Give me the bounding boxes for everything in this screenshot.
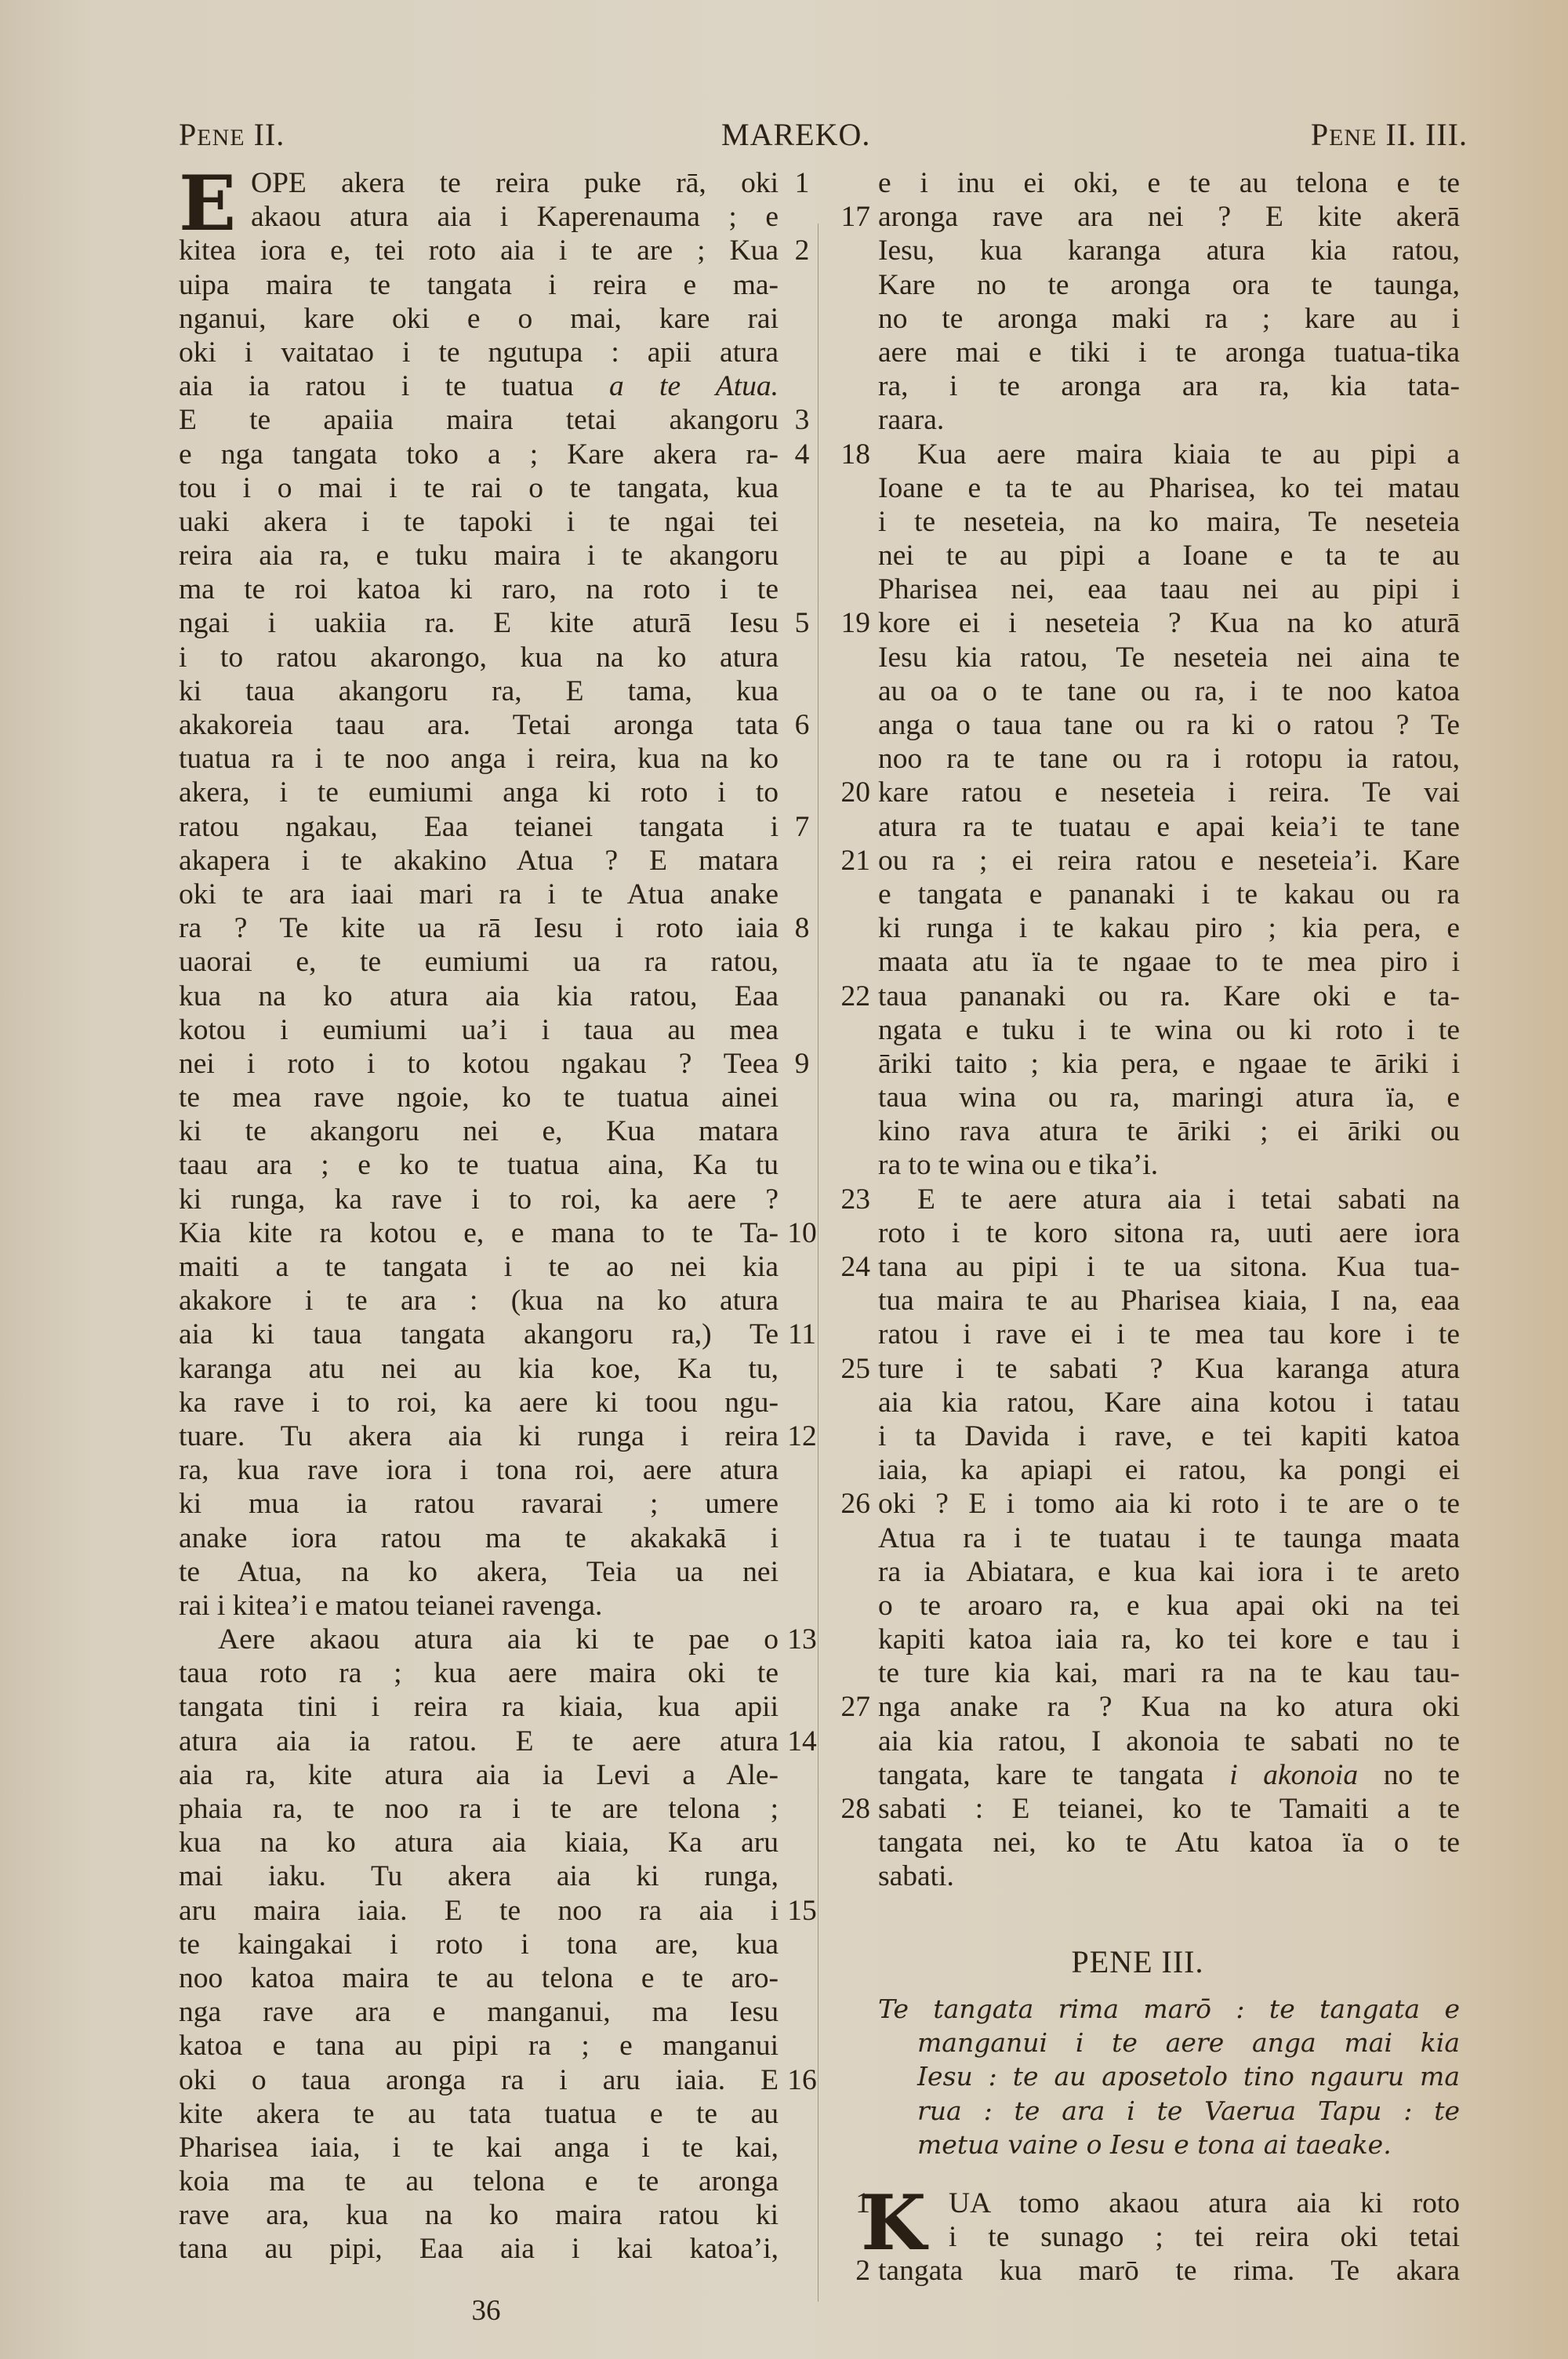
verse-text: tangata nei, ko te Atu katoa ïa o te — [878, 1826, 1460, 1859]
verse-text: tuatua ra i te noo anga i reira, kua na … — [179, 742, 779, 776]
verse-text: ou ra ; ei reira ratou e neseteia’i. Kar… — [878, 844, 1460, 878]
text-line: te kaingakai i roto i tona are, kua — [179, 1928, 798, 1961]
text-line: tou i o mai i te rai o te tangata, kua — [179, 471, 798, 505]
verse-text: E te aere atura aia i tetai sabati na — [878, 1183, 1460, 1216]
verse-text: uaorai e, te eumiumi ua ra ratou, — [179, 945, 779, 979]
text-line: e i inu ei oki, e te au telona e te — [815, 166, 1460, 200]
verse-number: 15 — [782, 1894, 822, 1928]
verse-text: nei i roto i to kotou ngakau ? Teea — [179, 1047, 779, 1081]
text-line: tangata kua marō te rima. Te akara2 — [815, 2254, 1460, 2288]
running-head-left: PENE II. — [179, 116, 285, 155]
verse-text: i te neseteia, na ko maira, Te neseteia — [878, 505, 1460, 539]
text-line: ngai i uakiia ra. E kite aturā Iesu5 — [179, 606, 798, 640]
text-line: ki runga i te kakau piro ; kia pera, e — [815, 911, 1460, 945]
text-line: kore ei i neseteia ? Kua na ko aturā19 — [815, 606, 1460, 640]
text-line: ki te akangoru nei e, Kua matara — [179, 1114, 798, 1148]
verse-number: 18 — [815, 438, 870, 471]
text-line: atura aia ia ratou. E te aere atura14 — [179, 1725, 798, 1758]
chapter-3-text: UA tomo akaou atura aia ki roto1i te sun… — [815, 2186, 1460, 2288]
verse-text: aia ra, kite atura aia ia Levi a Ale- — [179, 1758, 779, 1792]
verse-text: au oa o te tane ou ra, i te noo katoa — [878, 674, 1460, 708]
verse-text: sabati. — [878, 1859, 1460, 1893]
text-line: i te sunago ; tei reira oki tetai — [815, 2220, 1460, 2254]
text-line: anga o taua tane ou ra ki o ratou ? Te — [815, 708, 1460, 742]
text-line: kitea iora e, tei roto aia i te are ; Ku… — [179, 234, 798, 267]
verse-number: 26 — [815, 1487, 870, 1521]
verse-text: kite akera te au tata tuatua e te au — [179, 2097, 779, 2131]
text-line: ki runga, ka rave i to roi, ka aere ? — [179, 1183, 798, 1216]
verse-text: ture i te sabati ? Kua karanga atura — [878, 1352, 1460, 1386]
text-line: noo ra te tane ou ra i rotopu ia ratou, — [815, 742, 1460, 776]
verse-text: aru maira iaia. E te noo ra aia i — [179, 1894, 779, 1928]
text-line: kua na ko atura aia kia ratou, Eaa — [179, 980, 798, 1013]
verse-text: koia ma te au telona e te aronga — [179, 2165, 779, 2198]
text-line: e tangata e pananaki i te kakau ou ra — [815, 878, 1460, 911]
verse-text: e i inu ei oki, e te au telona e te — [878, 166, 1460, 200]
text-line: tangata nei, ko te Atu katoa ïa o te — [815, 1826, 1460, 1859]
text-line: akera, i te eumiumi anga ki roto i to — [179, 776, 798, 809]
text-line: ngata e tuku i te wina ou ki roto i te — [815, 1013, 1460, 1047]
text-line: Aere akaou atura aia ki te pae o13 — [179, 1623, 798, 1656]
text-line: tuatua ra i te noo anga i reira, kua na … — [179, 742, 798, 776]
verse-text: Iesu, kua karanga atura kia ratou, — [878, 234, 1460, 267]
text-line: maiti a te tangata i te ao nei kia — [179, 1250, 798, 1284]
text-line: aia kia ratou, I akonoia te sabati no te — [815, 1725, 1460, 1758]
text-line: akapera i te akakino Atua ? E matara — [179, 844, 798, 878]
verse-text: noo ra te tane ou ra i rotopu ia ratou, — [878, 742, 1460, 776]
verse-text: ki te akangoru nei e, Kua matara — [179, 1114, 779, 1148]
text-line: ou ra ; ei reira ratou e neseteia’i. Kar… — [815, 844, 1460, 878]
verse-text: taua pananaki ou ra. Kare oki e ta- — [878, 980, 1460, 1013]
verse-number: 21 — [815, 844, 870, 878]
verse-text: tangata kua marō te rima. Te akara — [878, 2254, 1460, 2288]
text-line: tangata, kare te tangata i akonoia no te — [815, 1758, 1460, 1792]
left-column-text: OPE akera te reira puke rā, oki1akaou at… — [179, 166, 798, 2266]
text-line: taua pananaki ou ra. Kare oki e ta-22 — [815, 980, 1460, 1013]
text-line: aronga rave ara nei ? E kite akerā17 — [815, 200, 1460, 234]
verse-text: phaia ra, te noo ra i te are telona ; — [179, 1792, 779, 1826]
text-line: reira aia ra, e tuku maira i te akangoru — [179, 539, 798, 572]
verse-number: 1 — [815, 2186, 870, 2220]
running-head-left-rest: II. — [245, 117, 285, 152]
verse-text: ma te roi katoa ki raro, na roto i te — [179, 572, 779, 606]
summary-line: metua vaine o Iesu e tona ai taeake. — [878, 2128, 1460, 2161]
text-line: rave ara, kua na ko maira ratou ki — [179, 2198, 798, 2232]
verse-text: aia kia ratou, Kare aina kotou i tatau — [878, 1386, 1460, 1419]
verse-text: ra, i te aronga ara ra, kia tata- — [878, 369, 1460, 403]
verse-text: o te aroaro ra, e kua apai oki na tei — [878, 1589, 1460, 1623]
text-line: ture i te sabati ? Kua karanga atura25 — [815, 1352, 1460, 1386]
running-head-right: PENE II. III. — [1311, 116, 1468, 155]
text-line: te Atua, na ko akera, Teia ua nei — [179, 1555, 798, 1589]
text-line: kapiti katoa iaia ra, ko tei kore e tau … — [815, 1623, 1460, 1656]
verse-text: te mea rave ngoie, ko te tuatua ainei — [179, 1081, 779, 1114]
text-line: tua maira te au Pharisea kiaia, I na, ea… — [815, 1284, 1460, 1318]
verse-text: tua maira te au Pharisea kiaia, I na, ea… — [878, 1284, 1460, 1318]
text-line: nganui, kare oki e o mai, kare rai — [179, 302, 798, 336]
text-line: ratou ngakau, Eaa teianei tangata i7 — [179, 810, 798, 844]
text-line: ra ? Te kite ua rā Iesu i roto iaia8 — [179, 911, 798, 945]
text-line: i to ratou akarongo, kua na ko atura — [179, 641, 798, 674]
verse-text: te kaingakai i roto i tona are, kua — [179, 1928, 779, 1961]
verse-text: nga rave ara e manganui, ma Iesu — [179, 1995, 779, 2029]
running-head-right-initial: P — [1311, 117, 1329, 152]
text-line: OPE akera te reira puke rā, oki1 — [179, 166, 798, 200]
verse-text: tana au pipi, Eaa aia i kai katoa’i, — [179, 2232, 779, 2266]
verse-text: maata atu ïa te ngaae to te mea piro i — [878, 945, 1460, 979]
text-line: tana au pipi, Eaa aia i kai katoa’i, — [179, 2232, 798, 2266]
verse-text: te Atua, na ko akera, Teia ua nei — [179, 1555, 779, 1589]
book-page: PENE II. MAREKO. PENE II. III. E OPE ake… — [0, 0, 1568, 2359]
verse-text: akapera i te akakino Atua ? E matara — [179, 844, 779, 878]
text-line: nei te au pipi a Ioane e ta te au — [815, 539, 1460, 572]
running-head-right-smallcaps: ENE — [1329, 125, 1377, 151]
verse-text: akakoreia taau ara. Tetai aronga tata — [179, 708, 779, 742]
verse-text: āriki taito ; kia pera, e ngaae te āriki… — [878, 1047, 1460, 1081]
text-line: ra, i te aronga ara ra, kia tata- — [815, 369, 1460, 403]
verse-text: te ture kia kai, mari ra na te kau tau- — [878, 1656, 1460, 1690]
verse-text: ki runga, ka rave i to roi, ka aere ? — [179, 1183, 779, 1216]
verse-text: aia ia ratou i te tuatua a te Atua. — [179, 369, 779, 403]
text-line: Iesu kia ratou, Te neseteia nei aina te — [815, 641, 1460, 674]
text-line: roto i te koro sitona ra, uuti aere iora — [815, 1216, 1460, 1250]
verse-text: kino rava atura te āriki ; ei āriki ou — [878, 1114, 1460, 1148]
verse-number: 2 — [815, 2254, 870, 2288]
verse-text: Pharisea nei, eaa taau nei au pipi i — [878, 572, 1460, 606]
text-line: Kua aere maira kiaia te au pipi a18 — [815, 438, 1460, 471]
text-line: i te neseteia, na ko maira, Te neseteia — [815, 505, 1460, 539]
text-line: sabati : E teianei, ko te Tamaiti a te28 — [815, 1792, 1460, 1826]
verse-text: i ta Davida i rave, e tei kapiti katoa — [878, 1419, 1460, 1453]
text-line: no te aronga maki ra ; kare au i — [815, 302, 1460, 336]
chapter-summary: Te tangata rima marō : te tangata emanga… — [878, 1992, 1460, 2161]
verse-text: anake iora ratou ma te akakakā i — [179, 1521, 779, 1555]
verse-text: aere mai e tiki i te aronga tuatua-tika — [878, 336, 1460, 369]
text-line: Ioane e ta te au Pharisea, ko tei matau — [815, 471, 1460, 505]
verse-number: 19 — [815, 606, 870, 640]
verse-number: 27 — [815, 1690, 870, 1724]
text-line: taua roto ra ; kua aere maira oki te — [179, 1656, 798, 1690]
verse-text: Kua aere maira kiaia te au pipi a — [878, 438, 1460, 471]
text-line: ratou i rave ei i te mea tau kore i te — [815, 1318, 1460, 1351]
verse-text: kore ei i neseteia ? Kua na ko aturā — [878, 606, 1460, 640]
verse-text: ra ia Abiatara, e kua kai iora i te aret… — [878, 1555, 1460, 1589]
text-line: ra to te wina ou e tika’i. — [815, 1148, 1460, 1182]
verse-number: 17 — [815, 200, 870, 234]
verse-text: nganui, kare oki e o mai, kare rai — [179, 302, 779, 336]
verse-text: kapiti katoa iaia ra, ko tei kore e tau … — [878, 1623, 1460, 1656]
text-line: uipa maira te tangata i reira e ma- — [179, 268, 798, 302]
text-line: E te apaiia maira tetai akangoru3 — [179, 403, 798, 437]
verse-number: 28 — [815, 1792, 870, 1826]
verse-text: nei te au pipi a Ioane e ta te au — [878, 539, 1460, 572]
verse-text: akakore i te ara : (kua na ko atura — [179, 1284, 779, 1318]
verse-text: ra ? Te kite ua rā Iesu i roto iaia — [179, 911, 779, 945]
verse-text: ra, kua rave iora i tona roi, aere atura — [179, 1453, 779, 1487]
verse-text: sabati : E teianei, ko te Tamaiti a te — [878, 1792, 1460, 1826]
text-line: Iesu, kua karanga atura kia ratou, — [815, 234, 1460, 267]
text-line: aia ki taua tangata akangoru ra,) Te11 — [179, 1318, 798, 1351]
text-line: aia kia ratou, Kare aina kotou i tatau — [815, 1386, 1460, 1419]
text-line: Kare no te aronga ora te taunga, — [815, 268, 1460, 302]
verse-text: kotou i eumiumi ua’i i taua au mea — [179, 1013, 779, 1047]
verse-text: tangata, kare te tangata i akonoia no te — [878, 1758, 1460, 1792]
text-line: oki o taua aronga ra i aru iaia. E16 — [179, 2063, 798, 2097]
text-line: ka rave i to roi, ka aere ki toou ngu- — [179, 1386, 798, 1419]
verse-text: ngai i uakiia ra. E kite aturā Iesu — [179, 606, 779, 640]
verse-text: ngata e tuku i te wina ou ki roto i te — [878, 1013, 1460, 1047]
text-line: kotou i eumiumi ua’i i taua au mea — [179, 1013, 798, 1047]
verse-text: Kare no te aronga ora te taunga, — [878, 268, 1460, 302]
text-line: Kia kite ra kotou e, e mana to te Ta-10 — [179, 1216, 798, 1250]
text-line: Pharisea iaia, i te kai anga i te kai, — [179, 2131, 798, 2165]
verse-text: e nga tangata toko a ; Kare akera ra- — [179, 438, 779, 471]
text-line: tangata tini i reira ra kiaia, kua apii — [179, 1690, 798, 1724]
text-line: au oa o te tane ou ra, i te noo katoa — [815, 674, 1460, 708]
text-line: o te aroaro ra, e kua apai oki na tei — [815, 1589, 1460, 1623]
text-line: aia ia ratou i te tuatua a te Atua. — [179, 369, 798, 403]
verse-text: kitea iora e, tei roto aia i te are ; Ku… — [179, 234, 779, 267]
verse-number: 16 — [782, 2063, 822, 2097]
text-line: aia ra, kite atura aia ia Levi a Ale- — [179, 1758, 798, 1792]
text-line: tuare. Tu akera aia ki runga i reira12 — [179, 1419, 798, 1453]
italic-text: a te Atua. — [609, 370, 779, 402]
verse-text: uaki akera i te tapoki i te ngai tei — [179, 505, 779, 539]
verse-text: oki ? E i tomo aia ki roto i te are o te — [878, 1487, 1460, 1521]
right-column-text: e i inu ei oki, e te au telona e tearong… — [815, 166, 1460, 1894]
verse-text: kare ratou e neseteia i reira. Te vai — [878, 776, 1460, 809]
text-line: i ta Davida i rave, e tei kapiti katoa — [815, 1419, 1460, 1453]
verse-text: anga o taua tane ou ra ki o ratou ? Te — [878, 708, 1460, 742]
running-head-left-smallcaps: ENE — [197, 125, 245, 151]
text-line: rai i kitea’i e matou teianei ravenga. — [179, 1589, 798, 1623]
verse-text: kua na ko atura aia kia ratou, Eaa — [179, 980, 779, 1013]
verse-number: 23 — [815, 1183, 870, 1216]
verse-text: taua wina ou ra, maringi atura ïa, e — [878, 1081, 1460, 1114]
text-line: kite akera te au tata tuatua e te au — [179, 2097, 798, 2131]
text-line: akakore i te ara : (kua na ko atura — [179, 1284, 798, 1318]
verse-text: aia ki taua tangata akangoru ra,) Te — [179, 1318, 779, 1351]
running-head-book-title: MAREKO. — [721, 116, 870, 155]
text-line: akakoreia taau ara. Tetai aronga tata6 — [179, 708, 798, 742]
text-line: sabati. — [815, 1859, 1460, 1893]
text-line: raara. — [815, 403, 1460, 437]
text-line: uaki akera i te tapoki i te ngai tei — [179, 505, 798, 539]
text-line: karanga atu nei au kia koe, Ka tu, — [179, 1352, 798, 1386]
verse-text: iaia, ka apiapi ei ratou, ka pongi ei — [878, 1453, 1460, 1487]
verse-text: ratou i rave ei i te mea tau kore i te — [878, 1318, 1460, 1351]
text-line: Atua ra i te tuatau i te taunga maata — [815, 1521, 1460, 1555]
verse-text: Atua ra i te tuatau i te taunga maata — [878, 1521, 1460, 1555]
verse-text: UA tomo akaou atura aia ki roto — [949, 2186, 1460, 2220]
verse-text: taua roto ra ; kua aere maira oki te — [179, 1656, 779, 1690]
verse-text: ra to te wina ou e tika’i. — [878, 1148, 1460, 1182]
verse-text: ratou ngakau, Eaa teianei tangata i — [179, 810, 779, 844]
verse-number: 20 — [815, 776, 870, 809]
summary-line: rua : te ara i te Vaerua Tapu : te — [878, 2094, 1460, 2128]
verse-text: oki i vaitatao i te ngutupa : apii atura — [179, 336, 779, 369]
text-line: maata atu ïa te ngaae to te mea piro i — [815, 945, 1460, 979]
text-line: kua na ko atura aia kiaia, Ka aru — [179, 1826, 798, 1859]
text-line: tana au pipi i te ua sitona. Kua tua-24 — [815, 1250, 1460, 1284]
verse-text: katoa e tana au pipi ra ; e manganui — [179, 2029, 779, 2063]
verse-text: ki taua akangoru ra, E tama, kua — [179, 674, 779, 708]
verse-text: oki o taua aronga ra i aru iaia. E — [179, 2063, 779, 2097]
summary-line: manganui i te aere anga mai kia — [878, 2026, 1460, 2059]
text-line: te mea rave ngoie, ko te tuatua ainei — [179, 1081, 798, 1114]
chapter-heading: PENE III. — [815, 1943, 1460, 1980]
text-line: ma te roi katoa ki raro, na roto i te — [179, 572, 798, 606]
summary-line: Te tangata rima marō : te tangata e — [878, 1992, 1460, 2026]
verse-number: 22 — [815, 980, 870, 1013]
text-line: āriki taito ; kia pera, e ngaae te āriki… — [815, 1047, 1460, 1081]
verse-text: tou i o mai i te rai o te tangata, kua — [179, 471, 779, 505]
verse-text: Aere akaou atura aia ki te pae o — [179, 1623, 779, 1656]
verse-text: atura ra te tuatau e apai keia’i te tane — [878, 810, 1460, 844]
verse-text: e tangata e pananaki i te kakau ou ra — [878, 878, 1460, 911]
text-line: nei i roto i to kotou ngakau ? Teea9 — [179, 1047, 798, 1081]
text-line: iaia, ka apiapi ei ratou, ka pongi ei — [815, 1453, 1460, 1487]
text-line: te ture kia kai, mari ra na te kau tau- — [815, 1656, 1460, 1690]
text-line: akaou atura aia i Kaperenauma ; e — [179, 200, 798, 234]
verse-text: nga anake ra ? Kua na ko atura oki — [878, 1690, 1460, 1724]
verse-text: raara. — [878, 403, 1460, 437]
text-line: oki te ara iaai mari ra i te Atua anake — [179, 878, 798, 911]
text-line: koia ma te au telona e te aronga — [179, 2165, 798, 2198]
text-line: anake iora ratou ma te akakakā i — [179, 1521, 798, 1555]
text-line: kino rava atura te āriki ; ei āriki ou — [815, 1114, 1460, 1148]
verse-text: rai i kitea’i e matou teianei ravenga. — [179, 1589, 779, 1623]
summary-line: Iesu : te au aposetolo tino ngauru ma — [878, 2059, 1460, 2093]
text-line: ra, kua rave iora i tona roi, aere atura — [179, 1453, 798, 1487]
verse-text: aia kia ratou, I akonoia te sabati no te — [878, 1725, 1460, 1758]
verse-text: Iesu kia ratou, Te neseteia nei aina te — [878, 641, 1460, 674]
italic-text: i akonoia — [1229, 1759, 1358, 1791]
verse-text: no te aronga maki ra ; kare au i — [878, 302, 1460, 336]
text-line: ra ia Abiatara, e kua kai iora i te aret… — [815, 1555, 1460, 1589]
verse-text: atura aia ia ratou. E te aere atura — [179, 1725, 779, 1758]
verse-text: karanga atu nei au kia koe, Ka tu, — [179, 1352, 779, 1386]
running-head-right-rest: II. III. — [1377, 117, 1468, 152]
verse-text: akera, i te eumiumi anga ki roto i to — [179, 776, 779, 809]
verse-text: roto i te koro sitona ra, uuti aere iora — [878, 1216, 1460, 1250]
verse-text: akaou atura aia i Kaperenauma ; e — [179, 200, 779, 234]
verse-text: OPE akera te reira puke rā, oki — [179, 166, 779, 200]
text-line: kare ratou e neseteia i reira. Te vai20 — [815, 776, 1460, 809]
verse-text: tana au pipi i te ua sitona. Kua tua- — [878, 1250, 1460, 1284]
text-line: ki taua akangoru ra, E tama, kua — [179, 674, 798, 708]
running-head-left-initial: P — [179, 117, 197, 152]
verse-text: Kia kite ra kotou e, e mana to te Ta- — [179, 1216, 779, 1250]
text-line: ki mua ia ratou ravarai ; umere — [179, 1487, 798, 1521]
verse-text: tuare. Tu akera aia ki runga i reira — [179, 1419, 779, 1453]
text-line: taua wina ou ra, maringi atura ïa, e — [815, 1081, 1460, 1114]
text-line: nga anake ra ? Kua na ko atura oki27 — [815, 1690, 1460, 1724]
verse-text: kua na ko atura aia kiaia, Ka aru — [179, 1826, 779, 1859]
verse-text: taau ara ; e ko te tuatua aina, Ka tu — [179, 1148, 779, 1182]
verse-number: 25 — [815, 1352, 870, 1386]
verse-text: Ioane e ta te au Pharisea, ko tei matau — [878, 471, 1460, 505]
text-line: oki ? E i tomo aia ki roto i te are o te… — [815, 1487, 1460, 1521]
text-line: mai iaku. Tu akera aia ki runga, — [179, 1859, 798, 1893]
text-line: noo katoa maira te au telona e te aro- — [179, 1961, 798, 1995]
verse-text: tangata tini i reira ra kiaia, kua apii — [179, 1690, 779, 1724]
verse-text: i to ratou akarongo, kua na ko atura — [179, 641, 779, 674]
text-line: katoa e tana au pipi ra ; e manganui — [179, 2029, 798, 2063]
text-line: atura ra te tuatau e apai keia’i te tane — [815, 810, 1460, 844]
text-line: phaia ra, te noo ra i te are telona ; — [179, 1792, 798, 1826]
text-line: aere mai e tiki i te aronga tuatua-tika — [815, 336, 1460, 369]
verse-text: mai iaku. Tu akera aia ki runga, — [179, 1859, 779, 1893]
text-line: Pharisea nei, eaa taau nei au pipi i — [815, 572, 1460, 606]
verse-text: maiti a te tangata i te ao nei kia — [179, 1250, 779, 1284]
verse-text: ki runga i te kakau piro ; kia pera, e — [878, 911, 1460, 945]
verse-text: rave ara, kua na ko maira ratou ki — [179, 2198, 779, 2232]
verse-text: aronga rave ara nei ? E kite akerā — [878, 200, 1460, 234]
verse-text: reira aia ra, e tuku maira i te akangoru — [179, 539, 779, 572]
text-line: E te aere atura aia i tetai sabati na23 — [815, 1183, 1460, 1216]
verse-text: noo katoa maira te au telona e te aro- — [179, 1961, 779, 1995]
verse-text: oki te ara iaai mari ra i te Atua anake — [179, 878, 779, 911]
text-line: UA tomo akaou atura aia ki roto1 — [815, 2186, 1460, 2220]
verse-text: E te apaiia maira tetai akangoru — [179, 403, 779, 437]
verse-text: i te sunago ; tei reira oki tetai — [949, 2220, 1460, 2254]
verse-text: uipa maira te tangata i reira e ma- — [179, 268, 779, 302]
text-line: uaorai e, te eumiumi ua ra ratou, — [179, 945, 798, 979]
text-line: e nga tangata toko a ; Kare akera ra-4 — [179, 438, 798, 471]
page-number: 36 — [455, 2294, 517, 2328]
verse-number: 24 — [815, 1250, 870, 1284]
verse-text: ka rave i to roi, ka aere ki toou ngu- — [179, 1386, 779, 1419]
text-line: aru maira iaia. E te noo ra aia i15 — [179, 1894, 798, 1928]
text-line: oki i vaitatao i te ngutupa : apii atura — [179, 336, 798, 369]
verse-text: ki mua ia ratou ravarai ; umere — [179, 1487, 779, 1521]
text-line: nga rave ara e manganui, ma Iesu — [179, 1995, 798, 2029]
text-line: taau ara ; e ko te tuatua aina, Ka tu — [179, 1148, 798, 1182]
verse-text: Pharisea iaia, i te kai anga i te kai, — [179, 2131, 779, 2165]
